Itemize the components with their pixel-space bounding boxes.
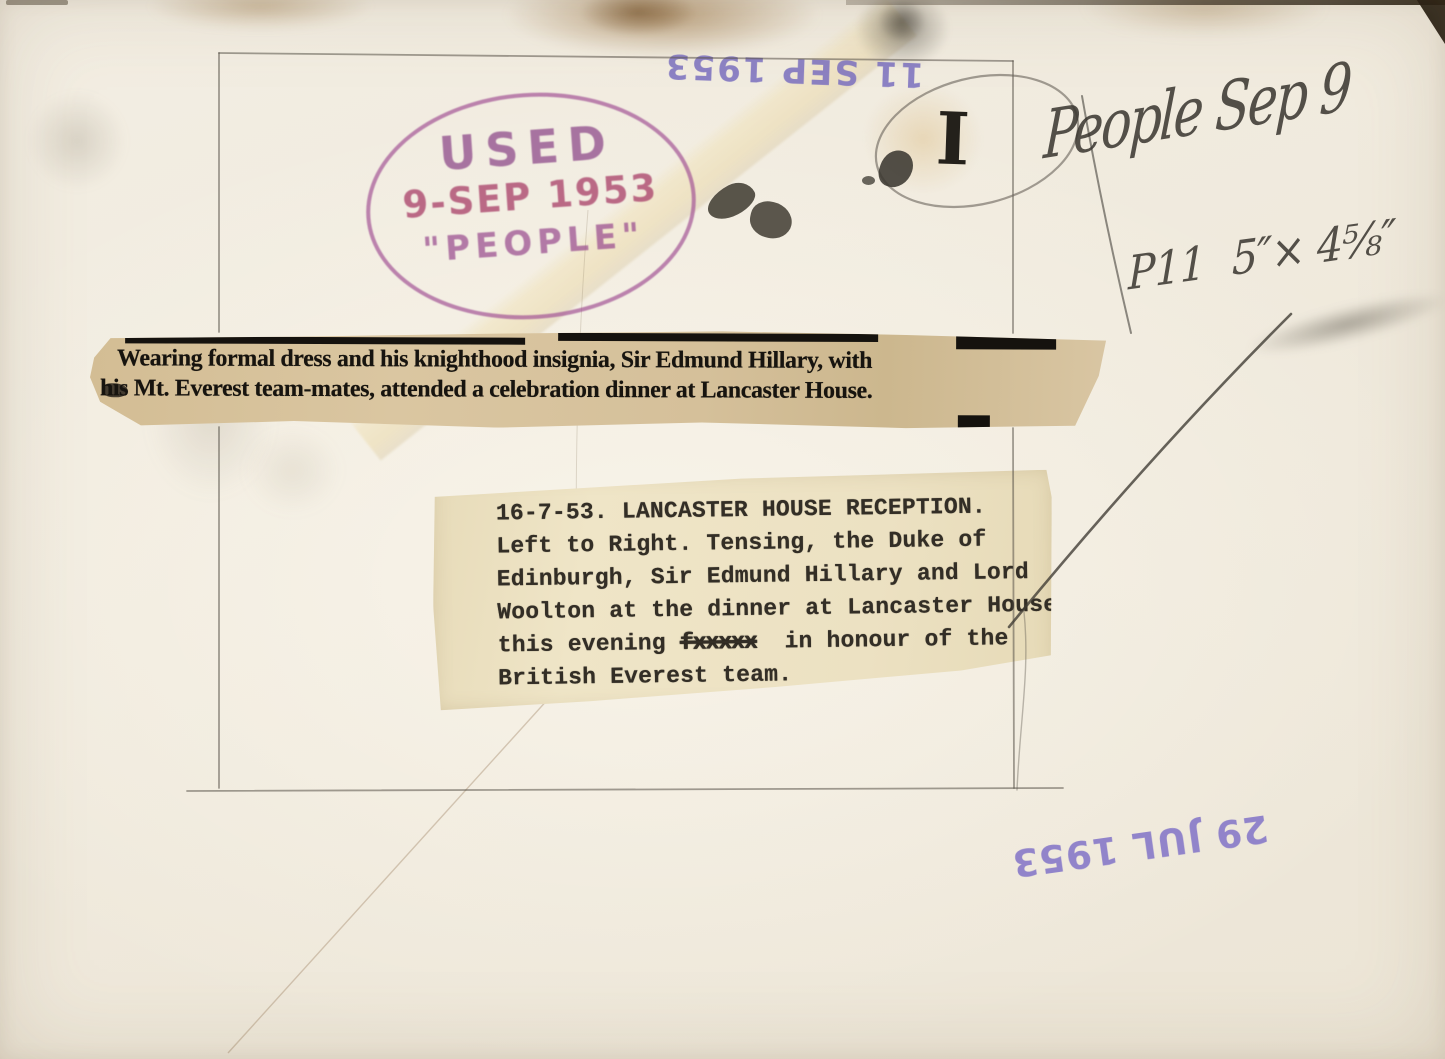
scan-edge-top-left: [6, 0, 68, 5]
used-stamp: USED 9-SEP 1953 "PEOPLE": [359, 82, 704, 330]
clipping-rule: [125, 336, 525, 344]
clipping-text-line1: Wearing formal dress and his knighthood …: [117, 345, 872, 375]
roman-numeral-mark: I: [935, 95, 972, 181]
grey-smudge-core: [878, 0, 926, 42]
clipping-rule: [558, 333, 878, 342]
photo-verso: USED 9-SEP 1953 "PEOPLE" 11 SEP 1953 29 …: [0, 0, 1445, 1059]
scan-edge-top: [846, 0, 1445, 5]
crease-diagonal: [228, 666, 578, 1053]
stain-top-left: [148, 0, 373, 30]
typed-caption-text: 16-7-53. LANCASTER HOUSE RECEPTION. Left…: [496, 490, 1059, 696]
caption-line5-prefix: this evening: [498, 630, 680, 659]
stain-top-right: [1082, 0, 1327, 36]
pencil-note-plate-and-size: P115″× 4⅝″: [1128, 208, 1395, 300]
pencil-note-size: 5″× 4⅝″: [1232, 208, 1396, 286]
smudge-center-left: [245, 428, 340, 513]
date-received-stamp-bottom: 29 JUL 1953: [1018, 794, 1262, 898]
graphite-streak-right: [1243, 281, 1445, 366]
clipping-rule: [956, 335, 1056, 349]
typed-caption-label: 16-7-53. LANCASTER HOUSE RECEPTION. Left…: [431, 470, 1054, 711]
date-received-stamp-top: 11 SEP 1953: [677, 42, 911, 98]
clipping-text-line2: his Mt. Everest team-mates, attended a c…: [100, 375, 873, 405]
smudge-left-upper: [28, 92, 126, 190]
ink-mark: [747, 198, 796, 242]
frame-bottom: [187, 788, 1063, 791]
ink-blot-small: [862, 176, 875, 185]
pencil-note-publication-date: People Sep 9: [1042, 48, 1352, 175]
caption-line6: British Everest team.: [498, 655, 1058, 696]
caption-struck-word: fxxxxx: [680, 629, 757, 656]
scan-corner-notch: [1413, 0, 1445, 44]
newspaper-clipping: Wearing formal dress and his knighthood …: [90, 328, 1110, 430]
caption-line5-suffix: in honour of the: [756, 625, 1008, 655]
pencil-note-plate: P11: [1128, 235, 1205, 300]
clipping-rule: [958, 415, 990, 428]
